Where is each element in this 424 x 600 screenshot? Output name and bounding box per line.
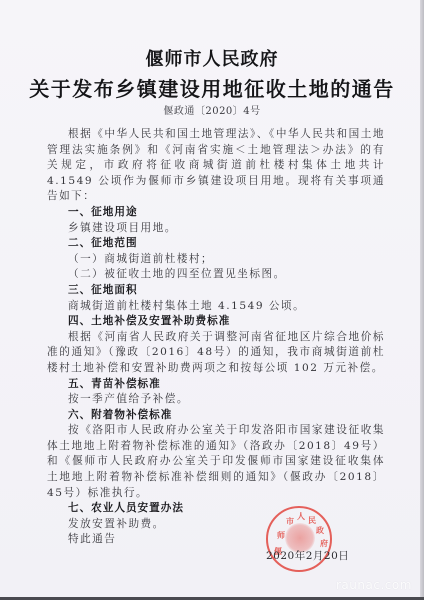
section-text-scope-1: （一）商城街道前杜楼村； [47,252,385,268]
section-heading-attachments: 六、附着物补偿标准 [47,408,385,424]
intro-paragraph: 根据《中华人民共和国土地管理法》、《中华人民共和国土地管理法实施条例》和《河南省… [47,127,385,205]
section-text-scope-2: （二）被征收土地的四至位置见坐标图。 [47,267,385,283]
section-text-compensation: 根据《河南省人民政府关于调整河南省征地区片综合地价标准的通知》（豫政〔2016〕… [47,330,385,377]
seal-char: 师 [277,530,285,541]
document-date: 2020年2月20日 [266,548,349,563]
section-heading-scope: 二、征地范围 [47,236,385,252]
seal-char: 人 [297,511,305,522]
section-heading-area: 三、征地面积 [47,283,385,299]
paper-right-edge [420,0,424,600]
section-heading-crops: 五、青苗补偿标准 [47,377,385,393]
section-heading-compensation: 四、土地补偿及安置补助费标准 [47,314,385,330]
section-heading-purpose: 一、征地用途 [47,205,385,221]
section-text-attachments: 按《洛阳市人民政府办公室关于印发洛阳市国家建设征收集体土地地上附着物补偿标准的通… [47,423,385,501]
section-text-resettlement: 发放安置补助费。 [47,517,385,533]
seal-char: 市 [286,516,294,527]
document-page: 偃师市人民政府 关于发布乡镇建设用地征收土地的通告 偃政通〔2020〕4号 根据… [0,0,420,597]
seal-char: 政 [316,525,324,536]
section-text-purpose: 乡镇建设项目用地。 [47,221,385,237]
seal-char: 民 [308,515,316,526]
closing-text: 特此通告 [47,532,385,548]
document-title-subject: 关于发布乡镇建设用地征收土地的通告 [0,73,424,102]
section-text-crops: 按一季产值给予补偿。 [47,392,385,408]
document-title-issuer: 偃师市人民政府 [0,45,424,71]
watermark: raunac.com [336,578,412,592]
document-body: 根据《中华人民共和国土地管理法》、《中华人民共和国土地管理法实施条例》和《河南省… [47,127,385,548]
document-number: 偃政通〔2020〕4号 [0,102,424,117]
section-text-area: 商城街道前杜楼村集体土地 4.1549 公顷。 [47,299,385,315]
section-heading-resettlement: 七、农业人员安置办法 [47,501,385,517]
